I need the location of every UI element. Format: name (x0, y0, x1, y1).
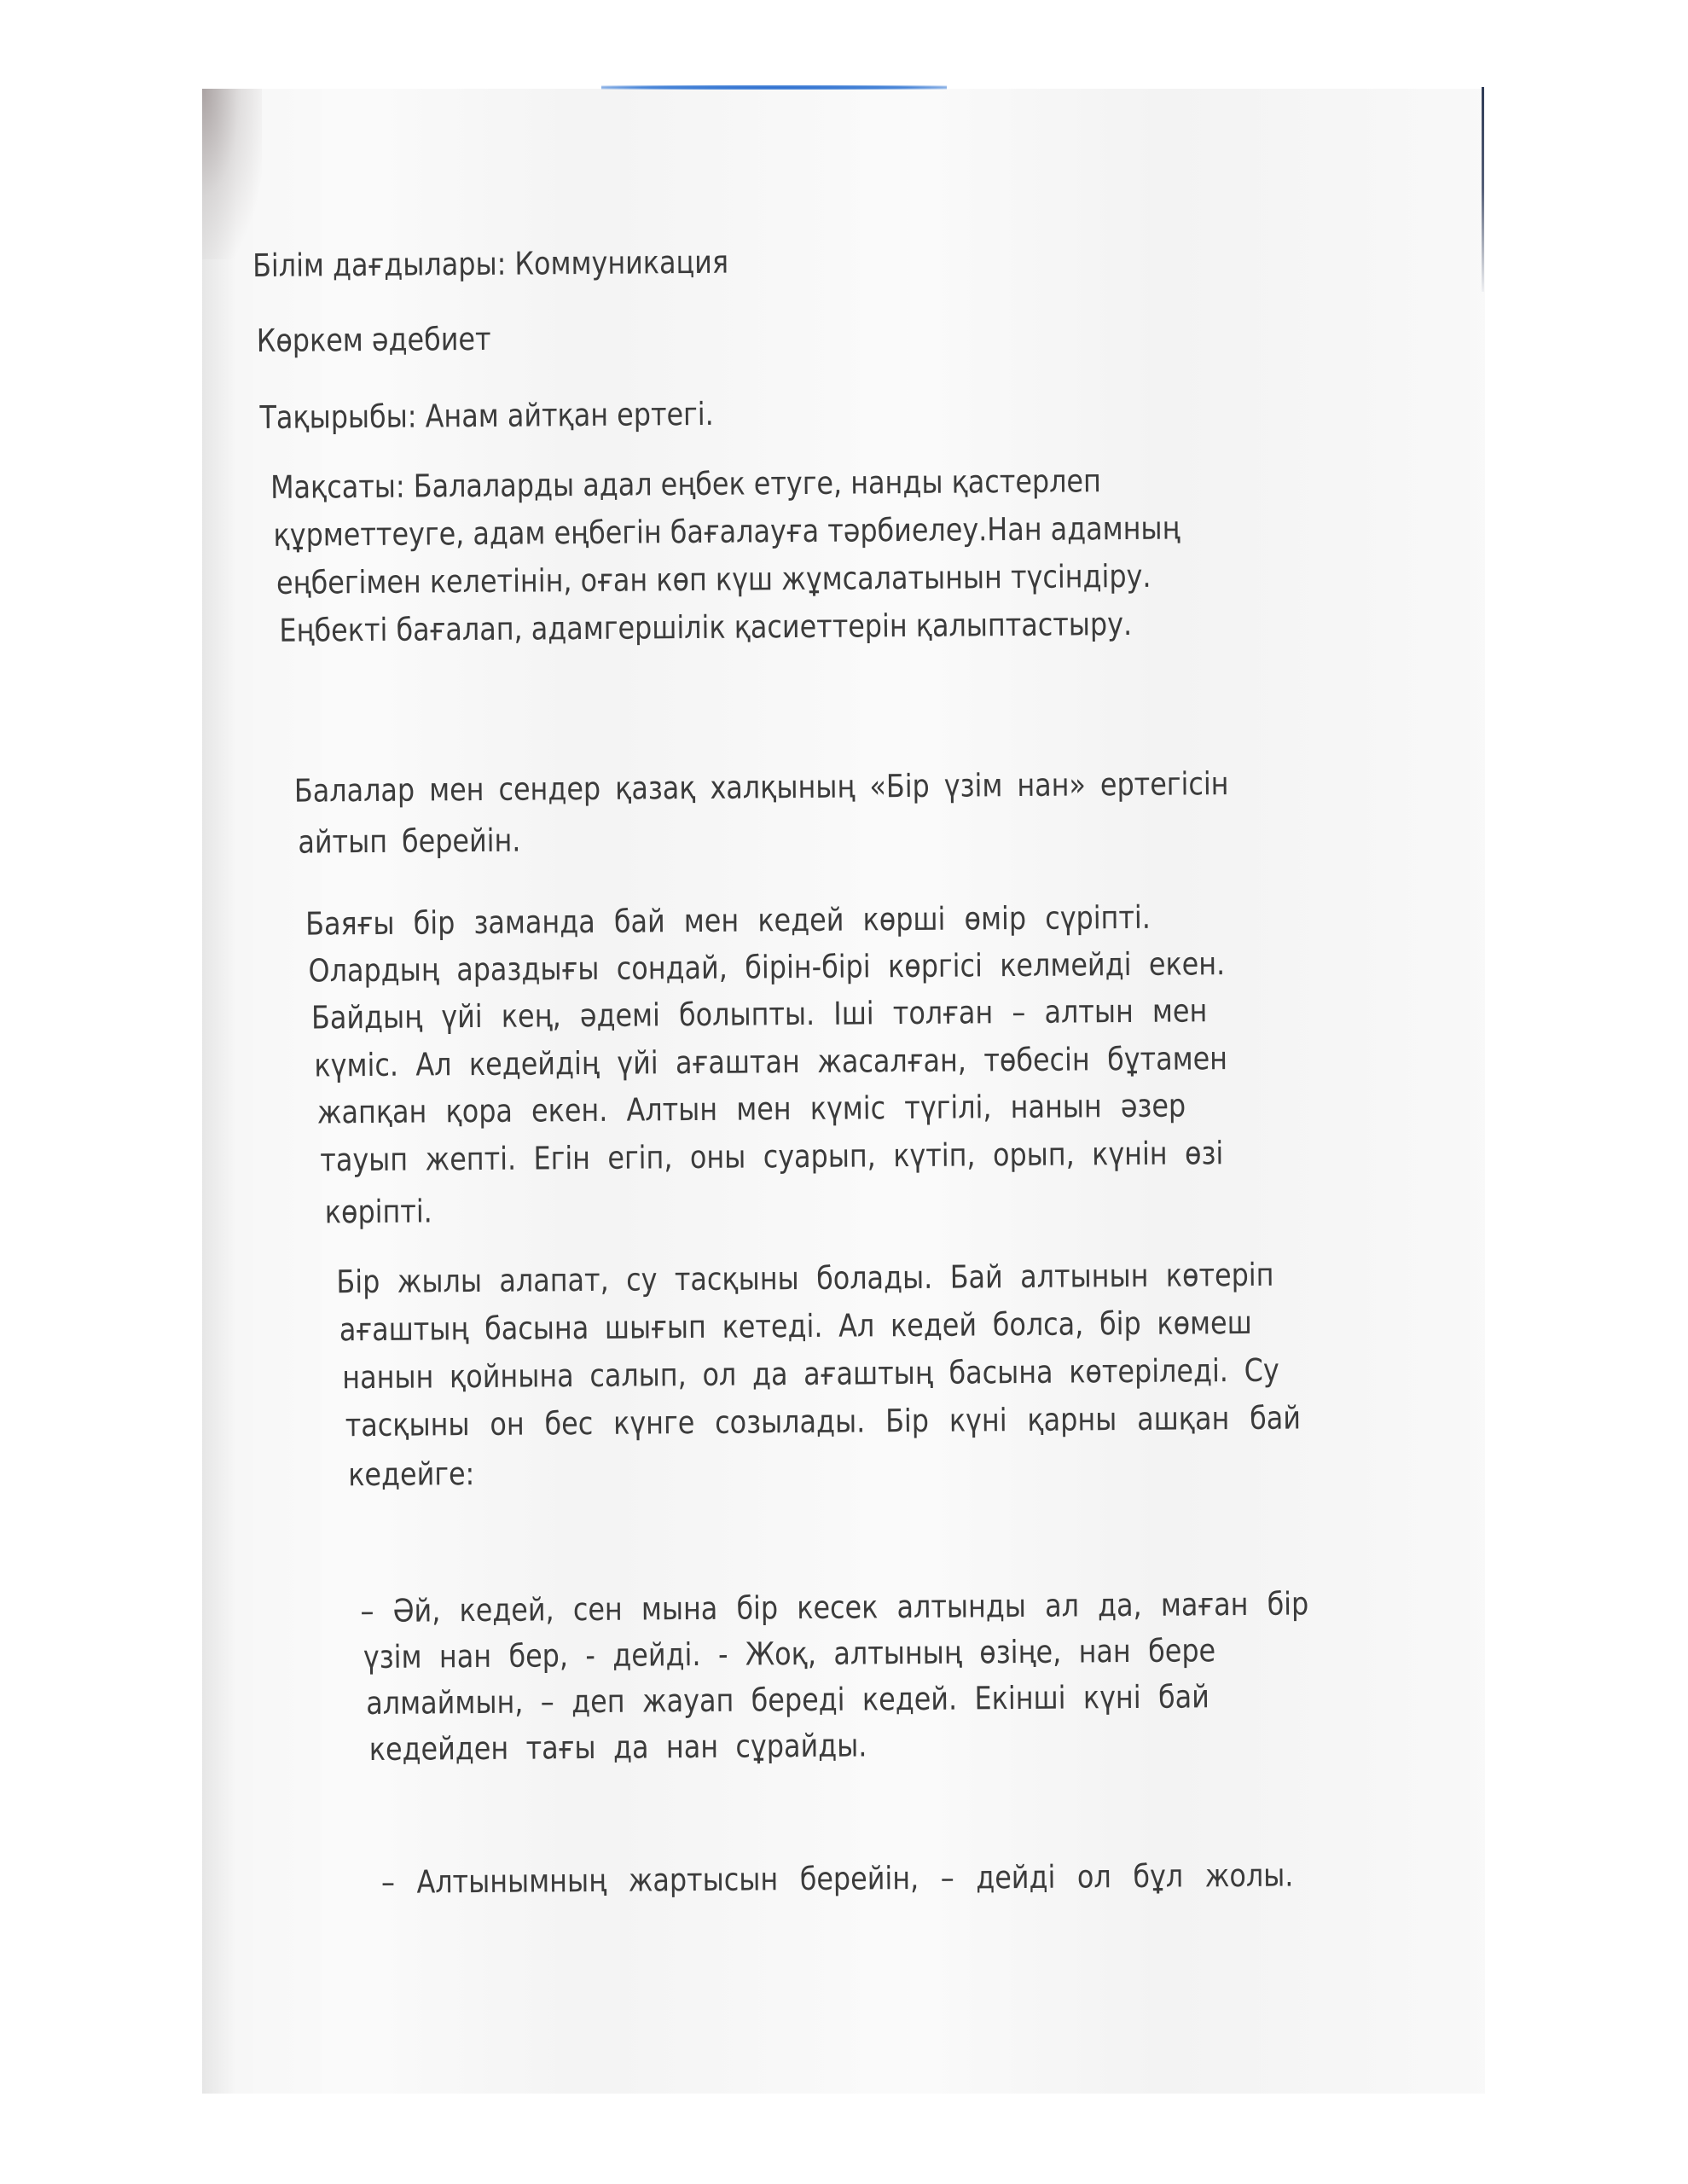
story-line: тауып жепті. Егін егіп, оны суарып, күті… (320, 1135, 1223, 1179)
final-dialogue-line: – Алтынымның жартысын берейін, – дейді о… (381, 1857, 1294, 1902)
subject-heading: Көркем әдебиет (257, 321, 491, 360)
page-text: Білім дағдылары: Коммуникация Көркем әде… (0, 0, 1688, 2184)
story-line: Баяғы бір заманда бай мен кедей көрші өм… (305, 899, 1151, 944)
story-line: Бір жылы алапат, су тасқыны болады. Бай … (336, 1257, 1273, 1302)
story-line: Олардың араздығы сондай, бірін-бірі көрг… (308, 945, 1225, 990)
objective-line: құрметтеуге, адам еңбегін бағалауға тәрб… (273, 510, 1180, 555)
story-line: көріпті. (325, 1193, 432, 1231)
dialogue-line: кедейден тағы да нан сұрайды. (369, 1727, 867, 1769)
intro-line: айтып берейін. (298, 822, 520, 862)
story-line: Байдың үйі кең, әдемі болыпты. Іші толға… (311, 992, 1208, 1037)
dialogue-line: – Әй, кедей, сен мына бір кесек алтынды … (360, 1585, 1308, 1630)
story-line: нанын қойнына салып, ол да ағаштың басын… (342, 1352, 1279, 1397)
objective-line: еңбегімен келетінін, оған көп күш жұмсал… (276, 558, 1151, 602)
story-line: ағаштың басына шығып кетеді. Ал кедей бо… (339, 1304, 1252, 1349)
story-line: күміс. Ал кедейдің үйі ағаштан жасалған,… (314, 1040, 1227, 1084)
story-line: тасқыны он бес күнге созылады. Бір күні … (345, 1399, 1302, 1444)
dialogue-line: үзім нан бер, - дейді. - Жоқ, алтының өз… (363, 1632, 1216, 1676)
story-line: жапқан қора екен. Алтын мен күміс түгілі… (317, 1087, 1186, 1131)
dialogue-line: алмаймын, – деп жауап береді кедей. Екін… (366, 1678, 1209, 1722)
objective-line: Еңбекті бағалап, адамгершілік қасиеттері… (279, 606, 1132, 650)
skills-heading: Білім дағдылары: Коммуникация (252, 244, 728, 285)
objective-line: Мақсаты: Балаларды адал еңбек етуге, нан… (270, 462, 1101, 507)
story-line: кедейге: (348, 1455, 474, 1494)
intro-line: Балалар мен сендер қазақ халқының «Бір ү… (294, 765, 1229, 810)
topic-heading: Тақырыбы: Анам айтқан ертегі. (259, 396, 714, 437)
